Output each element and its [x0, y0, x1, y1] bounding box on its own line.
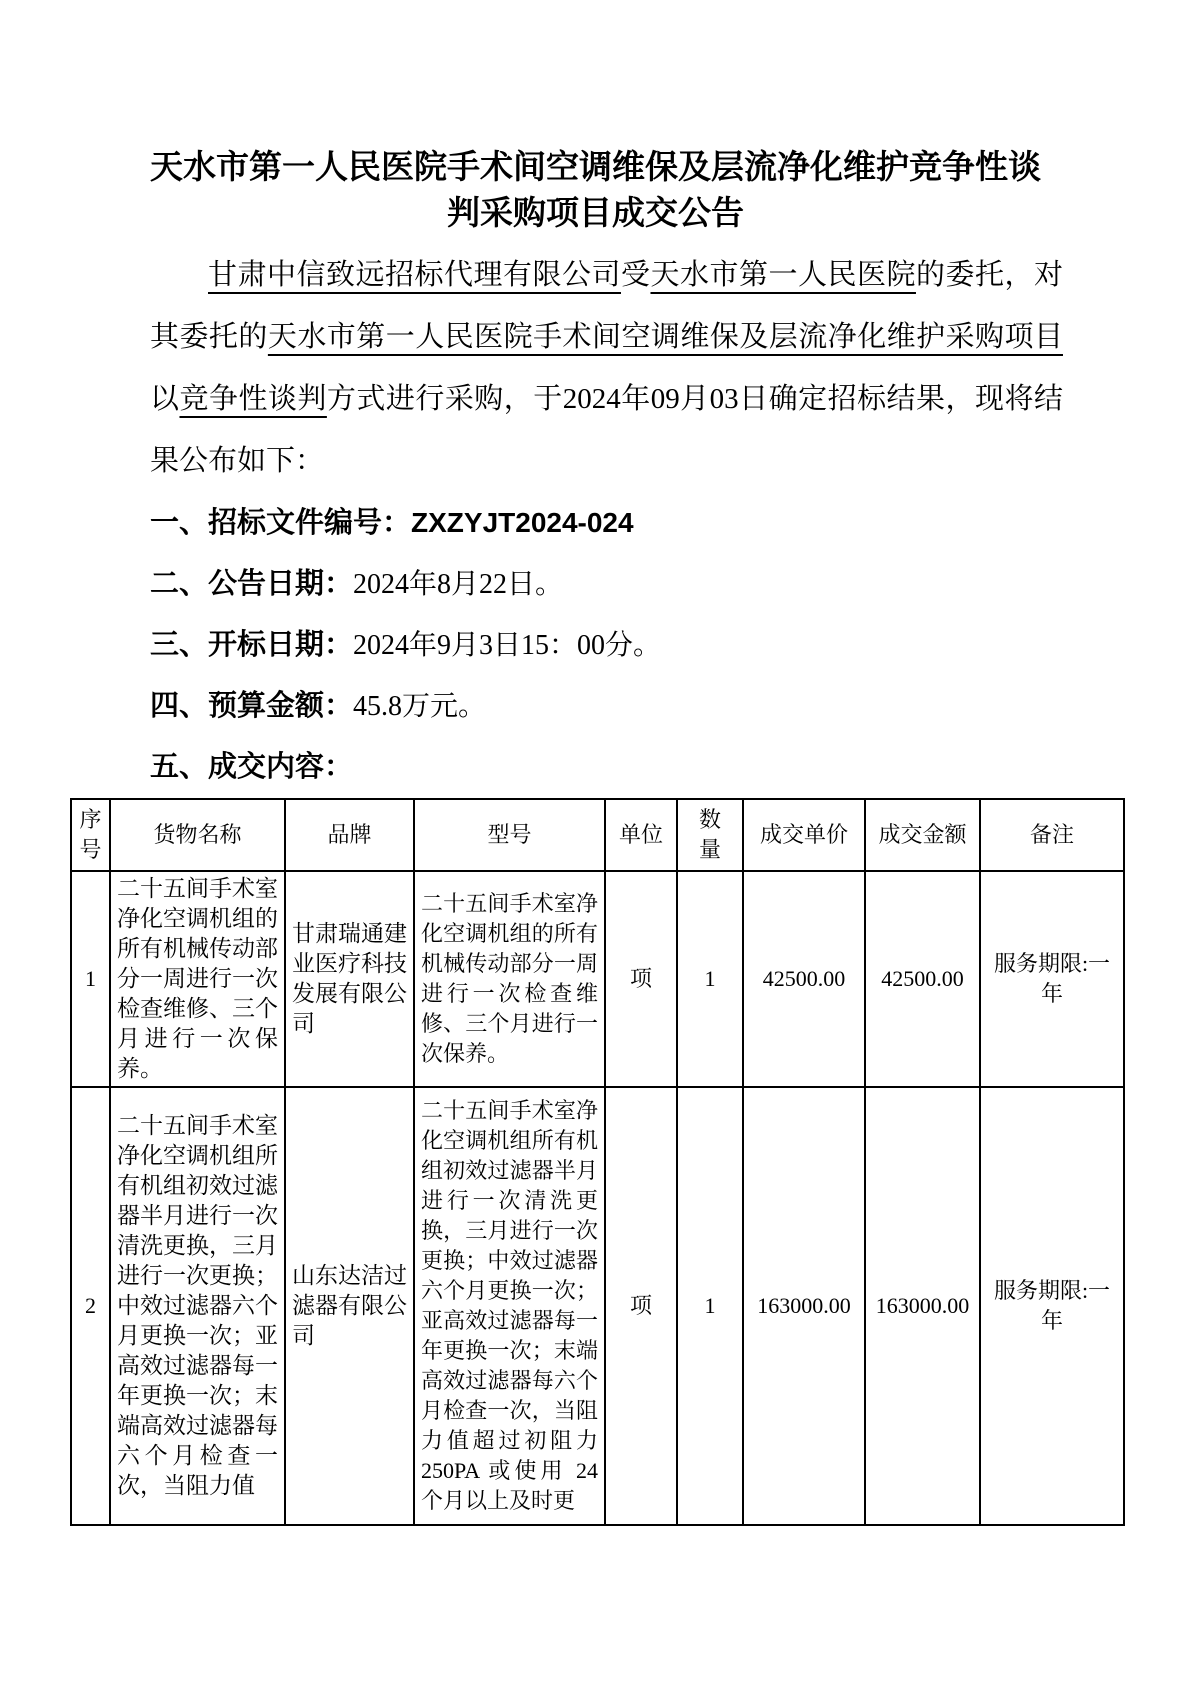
cell-quantity: 1 — [677, 871, 743, 1087]
col-header-amount: 成交金额 — [865, 799, 980, 871]
list-item-3: 三、开标日期：2024年9月3日15：00分。 — [150, 615, 1091, 676]
col-header-quantity-label: 数量 — [699, 805, 721, 865]
cell-unit: 项 — [605, 1087, 677, 1525]
cell-amount: 163000.00 — [865, 1087, 980, 1525]
cell-goods-name: 二十五间手术室净化空调机组的所有机械传动部分一周进行一次检查维修、三个月进行一次… — [110, 871, 285, 1087]
list-item-label: 四、预算金额： — [150, 690, 353, 722]
list-item-value: ZXZYJT2024-024 — [411, 507, 634, 538]
cell-model: 二十五间手术室净化空调机组的所有机械传动部分一周进行一次检查维修、三个月进行一次… — [414, 871, 605, 1087]
list-item-2: 二、公告日期：2024年8月22日。 — [150, 554, 1091, 615]
col-header-amount-label: 成交金额 — [878, 822, 966, 847]
intro-segment: 竞争性谈判 — [179, 383, 326, 415]
list-item-value: 2024年8月22日。 — [353, 569, 563, 600]
list-item-value: 2024年9月3日15：00分。 — [353, 630, 661, 661]
col-header-unit: 单位 — [605, 799, 677, 871]
cell-unit: 项 — [605, 871, 677, 1087]
col-header-unit-price: 成交单价 — [743, 799, 865, 871]
list-item-label: 一、招标文件编号： — [150, 507, 411, 539]
document-title-line1: 天水市第一人民医院手术间空调维保及层流净化维护竞争性谈 — [150, 148, 1041, 185]
intro-paragraph: 甘肃中信致远招标代理有限公司受天水市第一人民医院的委托，对其委托的天水市第一人民… — [150, 244, 1063, 492]
col-header-serial-label: 序号 — [79, 807, 101, 862]
intro-segment: 天水市第一人民医院 — [650, 259, 915, 291]
intro-segment: 天水市第一人民医院手术间空调维保及层流净化维护采购项目 — [268, 321, 1063, 353]
cell-amount: 42500.00 — [865, 871, 980, 1087]
col-header-serial: 序号 — [71, 799, 110, 871]
award-table-body: 1二十五间手术室净化空调机组的所有机械传动部分一周进行一次检查维修、三个月进行一… — [71, 871, 1124, 1525]
list-item-label: 五、成交内容： — [150, 751, 353, 783]
cell-serial-number: 2 — [71, 1087, 110, 1525]
list-item-label: 二、公告日期： — [150, 568, 353, 600]
col-header-goods-name-label: 货物名称 — [153, 822, 241, 847]
cell-quantity: 1 — [677, 1087, 743, 1525]
cell-brand: 甘肃瑞通建业医疗科技发展有限公司 — [285, 871, 414, 1087]
list-item-1: 一、招标文件编号：ZXZYJT2024-024 — [150, 492, 1091, 554]
cell-goods-name: 二十五间手术室净化空调机组所有机组初效过滤器半月进行一次清洗更换，三月进行一次更… — [110, 1087, 285, 1525]
col-header-unit-price-label: 成交单价 — [760, 822, 848, 847]
table-row-2: 2二十五间手术室净化空调机组所有机组初效过滤器半月进行一次清洗更换，三月进行一次… — [71, 1087, 1124, 1525]
award-table-header: 序号货物名称品牌型号单位数量成交单价成交金额备注 — [71, 799, 1124, 871]
cell-brand: 山东达洁过滤器有限公司 — [285, 1087, 414, 1525]
document-title: 天水市第一人民医院手术间空调维保及层流净化维护竞争性谈 判采购项目成交公告 — [130, 144, 1061, 236]
cell-unit-price: 163000.00 — [743, 1087, 865, 1525]
intro-segment: 受 — [621, 259, 651, 291]
cell-note: 服务期限:一年 — [980, 871, 1124, 1087]
col-header-note-label: 备注 — [1030, 822, 1074, 847]
header-row: 序号货物名称品牌型号单位数量成交单价成交金额备注 — [71, 799, 1124, 871]
cell-note: 服务期限:一年 — [980, 1087, 1124, 1525]
document-title-line2: 判采购项目成交公告 — [447, 194, 744, 231]
intro-segment: 以 — [150, 383, 179, 415]
list-item-5: 五、成交内容： — [150, 737, 1091, 798]
col-header-note: 备注 — [980, 799, 1124, 871]
cell-unit-price: 42500.00 — [743, 871, 865, 1087]
list-item-label: 三、开标日期： — [150, 629, 353, 661]
cell-model: 二十五间手术室净化空调机组所有机组初效过滤器半月进行一次清洗更换，三月进行一次更… — [414, 1087, 605, 1525]
col-header-goods-name: 货物名称 — [110, 799, 285, 871]
award-table: 序号货物名称品牌型号单位数量成交单价成交金额备注 1二十五间手术室净化空调机组的… — [70, 798, 1125, 1526]
list-item-value: 45.8万元。 — [353, 691, 486, 722]
col-header-model-label: 型号 — [487, 822, 531, 847]
col-header-brand: 品牌 — [285, 799, 414, 871]
col-header-unit-label: 单位 — [619, 822, 663, 847]
announcement-items: 一、招标文件编号：ZXZYJT2024-024二、公告日期：2024年8月22日… — [150, 492, 1091, 798]
intro-segment: 甘肃中信致远招标代理有限公司 — [208, 259, 621, 291]
col-header-model: 型号 — [414, 799, 605, 871]
cell-serial-number: 1 — [71, 871, 110, 1087]
table-row-1: 1二十五间手术室净化空调机组的所有机械传动部分一周进行一次检查维修、三个月进行一… — [71, 871, 1124, 1087]
col-header-quantity: 数量 — [677, 799, 743, 871]
document-page: { "document": { "title_lines": [ "天水市第一人… — [0, 0, 1191, 1684]
list-item-4: 四、预算金额：45.8万元。 — [150, 676, 1091, 737]
col-header-brand-label: 品牌 — [327, 822, 371, 847]
